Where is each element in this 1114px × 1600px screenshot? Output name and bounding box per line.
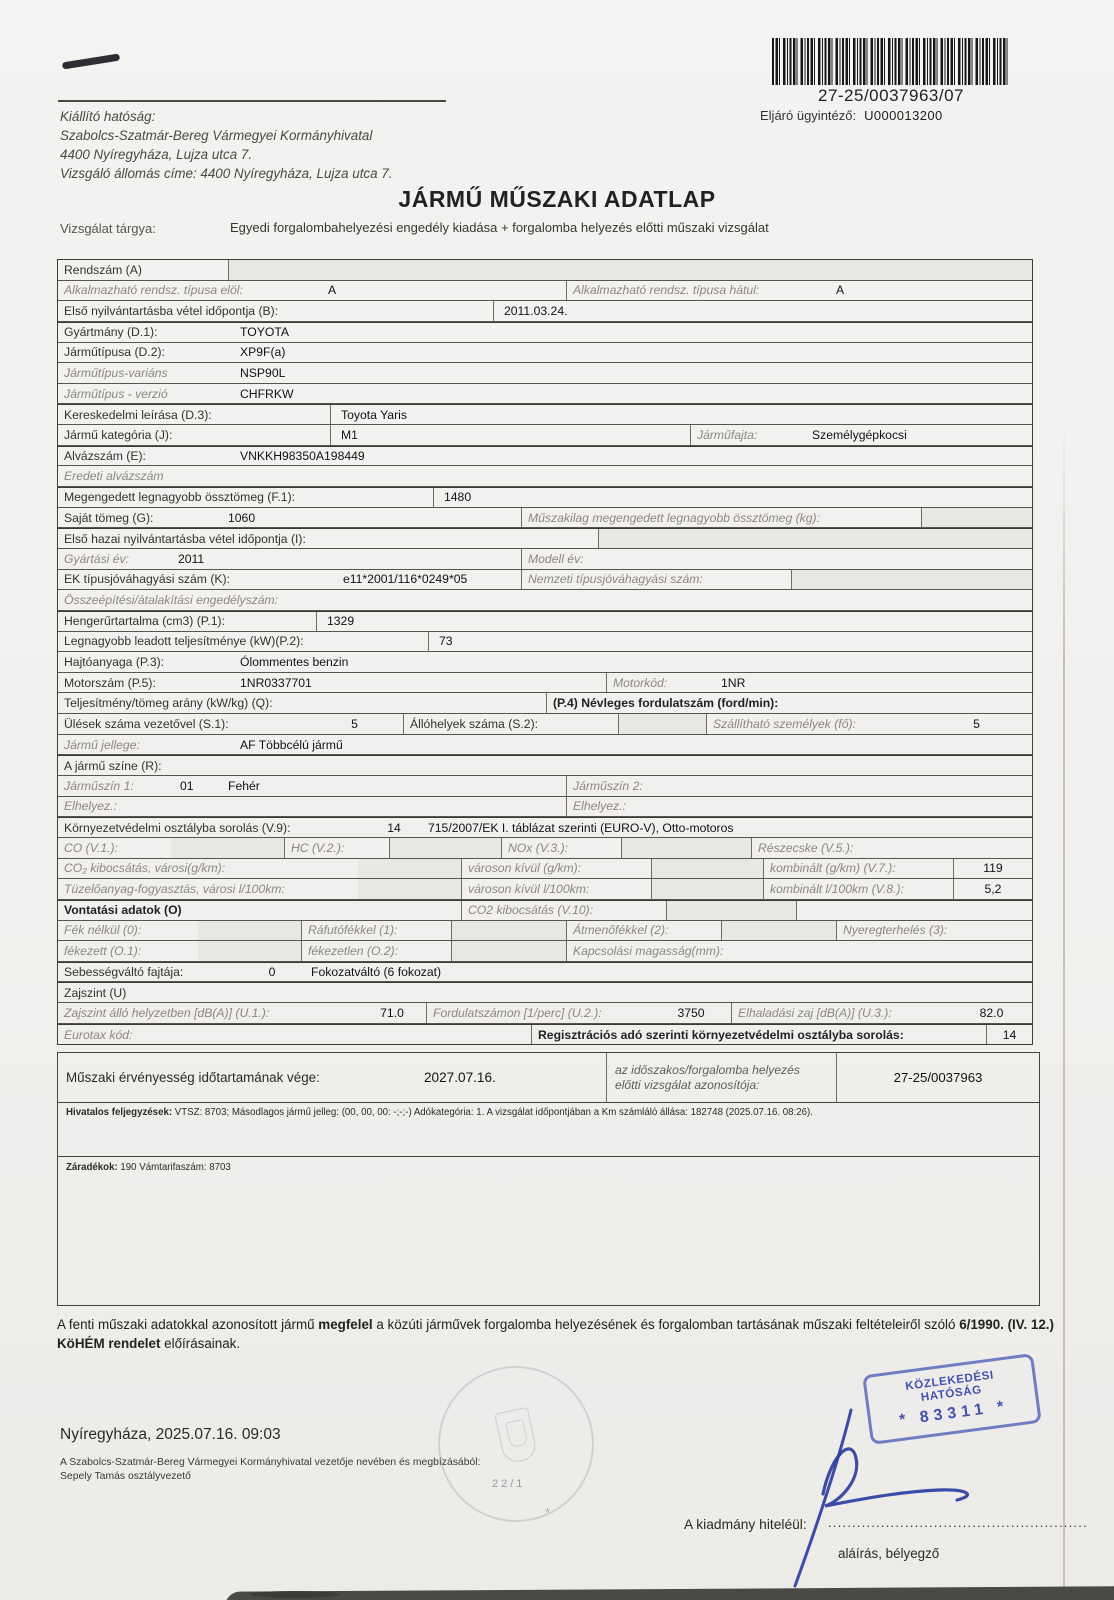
table-cell: 119 <box>953 859 1032 879</box>
table-cell: Fordulatszámon [1/perc] (U.2.): <box>426 1003 651 1023</box>
case-officer-value: U000013200 <box>864 108 942 123</box>
inspection-id-value: 27-25/0037963 <box>836 1053 1039 1102</box>
table-row: Saját tömeg (G):1060Műszakilag megengede… <box>58 508 1032 529</box>
table-cell-empty <box>228 260 1032 280</box>
round-stamp-star: * <box>545 1505 550 1520</box>
compliance-text-segment: megfelel <box>318 1317 372 1332</box>
table-cell-empty <box>721 921 836 941</box>
table-cell: Fék nélkül (0): <box>58 921 198 941</box>
barcode-image <box>772 38 1010 85</box>
table-cell: 5 <box>921 714 1032 734</box>
table-cell: Alkalmazható rendsz. típusa elöl: <box>58 281 318 301</box>
subject-value: Egyedi forgalombahelyezési engedély kiad… <box>230 220 769 235</box>
table-row: Fék nélkül (0):Ráfutófékkel (1):Átmenőfé… <box>58 921 1032 942</box>
case-officer-line: Eljáró ügyintéző:U000013200 <box>760 108 943 123</box>
table-cell: Zajszint álló helyzetben [dB(A)] (U.1.): <box>58 1003 358 1023</box>
table-row: fékezett (O.1):fékezetlen (O.2):Kapcsolá… <box>58 941 1032 962</box>
table-cell: 2011 <box>168 549 521 569</box>
table-cell: Járműszín 1: <box>58 776 170 796</box>
table-cell: CO₂ kibocsátás, városi(g/km): <box>58 859 358 879</box>
table-cell: 5,2 <box>953 879 1032 899</box>
pen-mark <box>62 54 120 70</box>
table-cell-empty <box>358 879 461 899</box>
table-row: Vontatási adatok (O)CO2 kibocsátás (V.10… <box>58 900 1032 921</box>
table-cell: Járműtípusa (D.2): <box>58 343 230 363</box>
table-cell-empty <box>796 901 1032 920</box>
station-address: Vizsgáló állomás címe: 4400 Nyíregyháza,… <box>60 164 392 183</box>
table-cell: 715/2007/EK I. táblázat szerinti (EURO-V… <box>418 818 1032 837</box>
table-cell: Zajszint (U) <box>58 983 1032 1002</box>
on-behalf-block: A Szabolcs-Szatmár-Bereg Vármegyei Kormá… <box>60 1456 480 1484</box>
table-cell: Toyota Yaris <box>330 405 1032 424</box>
table-cell: Járműtípus-variáns <box>58 363 230 383</box>
table-cell: Műszakilag megengedett legnagyobb össztö… <box>521 508 921 528</box>
table-row: Hengerűrtartalma (cm3) (P.1):1329 <box>58 611 1032 632</box>
table-cell: Fokozatváltó (6 fokozat) <box>301 963 1032 982</box>
table-cell: Részecske (V.5.): <box>751 838 1032 858</box>
table-row: Rendszám (A) <box>58 260 1032 281</box>
table-row: Járműszín 1:01FehérJárműszín 2: <box>58 776 1032 797</box>
table-cell: 14 <box>370 818 418 837</box>
table-cell: Alkalmazható rendsz. típusa hátul: <box>566 281 826 301</box>
table-cell: Kapcsolási magasság(mm): <box>566 941 836 961</box>
table-row: Első nyilvántartásba vétel időpontja (B)… <box>58 301 1032 322</box>
clauses-text: 190 Vámtarifaszám: 8703 <box>118 1162 231 1173</box>
issuer-name: Szabolcs-Szatmár-Bereg Vármegyei Kormány… <box>60 126 392 145</box>
round-stamp-number: 22/1 <box>492 1478 525 1490</box>
table-cell: CO2 kibocsátás (V.10): <box>461 901 666 920</box>
table-cell: CHFRKW <box>230 384 1032 404</box>
table-cell-empty <box>389 838 501 858</box>
table-cell: Ráfutófékkel (1): <box>301 921 451 941</box>
validity-label: Műszaki érvényesség időtartamának vége: <box>58 1053 416 1102</box>
table-row: Zajszint álló helyzetben [dB(A)] (U.1.):… <box>58 1003 1032 1024</box>
table-cell: kombinált l/100km (V.8.): <box>763 879 953 899</box>
table-cell: Modell év: <box>521 549 1032 569</box>
table-row: Alkalmazható rendsz. típusa elöl:AAlkalm… <box>58 281 1032 302</box>
table-row: Tüzelőanyag-fogyasztás, városi l/100km:v… <box>58 879 1032 900</box>
table-cell-empty <box>666 901 796 920</box>
table-cell: (P.4) Névleges fordulatszám (ford/min): <box>546 693 1032 713</box>
table-row: Gyártmány (D.1):TOYOTA <box>58 322 1032 343</box>
table-cell: Első nyilvántartásba vétel időpontja (B)… <box>58 301 493 321</box>
table-cell: XP9F(a) <box>230 343 1032 363</box>
table-cell: 1480 <box>433 488 1032 507</box>
table-cell: Motorkód: <box>606 673 711 693</box>
table-cell: Jármű jellege: <box>58 735 230 755</box>
vehicle-data-table: Rendszám (A)Alkalmazható rendsz. típusa … <box>57 259 1033 1045</box>
table-cell: Rendszám (A) <box>58 260 228 280</box>
table-row: Kereskedelmi leírása (D.3):Toyota Yaris <box>58 404 1032 425</box>
table-cell: Szállítható személyek (fő): <box>706 714 921 734</box>
table-row: Motorszám (P.5):1NR0337701Motorkód:1NR <box>58 673 1032 694</box>
table-cell-empty <box>618 714 706 734</box>
table-cell: Gyártási év: <box>58 549 168 569</box>
table-cell: Első hazai nyilvántartásba vétel időpont… <box>58 529 598 548</box>
validity-date: 2027.07.16. <box>416 1053 606 1102</box>
table-cell-empty <box>651 859 763 879</box>
signer-name: Sepely Tamás osztályvezető <box>60 1470 480 1484</box>
table-cell: Ólommentes benzin <box>230 652 1032 672</box>
coat-of-arms-icon <box>494 1407 538 1465</box>
table-cell: Fehér <box>218 776 566 796</box>
table-cell: Megengedett legnagyobb össztömeg (F.1): <box>58 488 433 507</box>
table-cell: kombinált (g/km) (V.7.): <box>763 859 953 879</box>
table-cell: VNKKH98350A198449 <box>230 447 1032 466</box>
issuer-label: Kiállító hatóság: <box>60 107 392 126</box>
table-cell-empty <box>621 838 751 858</box>
table-cell: 71.0 <box>358 1003 426 1023</box>
table-cell: városon kívül l/100km: <box>461 879 651 899</box>
table-row: Járműtípus-variánsNSP90L <box>58 363 1032 384</box>
table-cell: A jármű színe (R): <box>58 756 1032 775</box>
table-cell: 01 <box>170 776 218 796</box>
table-row: Eredeti alvázszám <box>58 466 1032 487</box>
table-cell: TOYOTA <box>230 323 1032 342</box>
official-notes-text: VTSZ: 8703; Másodlagos jármű jelleg: (00… <box>172 1107 813 1118</box>
table-cell: Sebességváltó fajtája: <box>58 963 243 982</box>
table-cell-empty <box>198 921 301 941</box>
table-cell-empty <box>651 879 763 899</box>
table-cell: NOx (V.3.): <box>501 838 621 858</box>
city-date: Nyíregyháza, 2025.07.16. 09:03 <box>60 1426 281 1444</box>
table-cell: Ülések száma vezetővel (S.1): <box>58 714 306 734</box>
table-cell: 0 <box>243 963 301 982</box>
table-cell: Hajtóanyaga (P.3): <box>58 652 230 672</box>
table-row: Sebességváltó fajtája:0Fokozatváltó (6 f… <box>58 962 1032 983</box>
table-cell: Regisztrációs adó szerinti környezetvéde… <box>531 1025 986 1045</box>
case-officer-label: Eljáró ügyintéző: <box>760 108 856 123</box>
compliance-text-segment: A fenti műszaki adatokkal azonosított já… <box>57 1317 318 1332</box>
signature-ink <box>655 1400 1055 1595</box>
table-cell: Járműfajta: <box>690 425 802 445</box>
table-cell: A <box>318 281 566 301</box>
table-cell: fékezett (O.1): <box>58 941 198 961</box>
table-cell: 1060 <box>218 508 521 528</box>
validity-row: Műszaki érvényesség időtartamának vége: … <box>58 1053 1039 1103</box>
table-cell: 1NR <box>711 673 1032 693</box>
issuer-block: Kiállító hatóság: Szabolcs-Szatmár-Bereg… <box>60 107 392 183</box>
table-row: Eurotax kód:Regisztrációs adó szerinti k… <box>58 1024 1032 1045</box>
table-cell: Járműtípus - verzió <box>58 384 230 404</box>
compliance-paragraph: A fenti műszaki adatokkal azonosított já… <box>57 1316 1054 1354</box>
table-cell-empty <box>198 941 301 961</box>
table-cell: EK típusjóváhagyási szám (K): <box>58 570 333 590</box>
signature-caption: aláírás, bélyegző <box>838 1546 939 1561</box>
table-row: A jármű színe (R): <box>58 755 1032 776</box>
table-cell: Motorszám (P.5): <box>58 673 230 693</box>
table-cell: 73 <box>428 632 1032 652</box>
subject-label: Vizsgálat tárgya: <box>60 221 156 236</box>
table-row: Gyártási év:2011Modell év: <box>58 549 1032 570</box>
table-row: Első hazai nyilvántartásba vétel időpont… <box>58 528 1032 549</box>
table-row: CO (V.1.):HC (V.2.):NOx (V.3.):Részecske… <box>58 838 1032 859</box>
table-cell: e11*2001/116*0249*05 <box>333 570 521 590</box>
table-cell: Állóhelyek száma (S.2): <box>403 714 618 734</box>
table-cell: AF Többcélú jármű <box>230 735 1032 755</box>
table-row: Járműtípus - verzióCHFRKW <box>58 384 1032 405</box>
table-cell-empty <box>358 859 461 879</box>
table-cell-empty <box>791 570 1032 590</box>
compliance-text-segment: a közúti járművek forgalomba helyezéséne… <box>373 1317 960 1332</box>
table-cell: Legnagyobb leadott teljesítménye (kW)(P.… <box>58 632 428 652</box>
table-cell-empty <box>836 941 1032 961</box>
table-cell: Nemzeti típusjóváhagyási szám: <box>521 570 791 590</box>
table-cell: Eredeti alvázszám <box>58 466 1032 486</box>
table-cell: Összeépítési/átalakítási engedélyszám: <box>58 590 1032 610</box>
table-cell: A <box>826 281 1032 301</box>
table-cell: fékezetlen (O.2): <box>301 941 451 961</box>
table-cell: Alvázszám (E): <box>58 447 230 466</box>
table-cell: Elhaladási zaj [dB(A)] (U.3.): <box>731 1003 951 1023</box>
table-row: Jármű jellege:AF Többcélú jármű <box>58 735 1032 756</box>
table-cell-empty <box>171 838 284 858</box>
table-cell: Gyártmány (D.1): <box>58 323 230 342</box>
table-row: Ülések száma vezetővel (S.1):5Állóhelyek… <box>58 714 1032 735</box>
table-cell: Tüzelőanyag-fogyasztás, városi l/100km: <box>58 879 358 899</box>
table-row: Összeépítési/átalakítási engedélyszám: <box>58 590 1032 611</box>
table-cell: Kereskedelmi leírása (D.3): <box>58 405 330 424</box>
table-cell-empty <box>921 508 1032 528</box>
compliance-text-segment: előírásainak. <box>160 1336 240 1351</box>
table-cell: Teljesítmény/tömeg arány (kW/kg) (Q): <box>58 693 546 713</box>
table-row: Teljesítmény/tömeg arány (kW/kg) (Q):(P.… <box>58 693 1032 714</box>
table-cell: Járműszín 2: <box>566 776 1032 796</box>
clauses: Záradékok: 190 Vámtarifaszám: 8703 <box>58 1157 1039 1173</box>
table-cell: M1 <box>330 425 690 445</box>
table-row: Alvázszám (E):VNKKH98350A198449 <box>58 446 1032 467</box>
table-cell: 2011.03.24. <box>493 301 1032 321</box>
table-cell: Átmenőfékkel (2): <box>566 921 721 941</box>
table-cell: 14 <box>986 1025 1032 1045</box>
table-row: Környezetvédelmi osztályba sorolás (V.9)… <box>58 817 1032 838</box>
on-behalf-line: A Szabolcs-Szatmár-Bereg Vármegyei Kormá… <box>60 1456 480 1470</box>
header-rule <box>58 100 446 102</box>
table-row: Jármű kategória (J):M1Járműfajta:Személy… <box>58 425 1032 446</box>
paper-edge-shadow <box>1063 420 1065 1600</box>
table-cell: Eurotax kód: <box>58 1025 531 1045</box>
table-cell: Vontatási adatok (O) <box>58 901 461 920</box>
table-row: Zajszint (U) <box>58 982 1032 1003</box>
table-cell-empty <box>451 941 566 961</box>
table-cell: CO (V.1.): <box>58 838 171 858</box>
signature-dotted-line: ........................................… <box>828 1515 1088 1530</box>
table-cell: 1NR0337701 <box>230 673 606 693</box>
table-cell: 3750 <box>651 1003 731 1023</box>
official-notes: Hivatalos feljegyzések: VTSZ: 8703; Máso… <box>58 1103 1039 1118</box>
issuer-address: 4400 Nyíregyháza, Lujza utca 7. <box>60 145 392 164</box>
table-cell: 82.0 <box>951 1003 1032 1023</box>
table-cell: Jármű kategória (J): <box>58 425 330 445</box>
attestation-label: A kiadmány hiteléül: <box>684 1517 807 1532</box>
table-cell: NSP90L <box>230 363 1032 383</box>
table-row: Legnagyobb leadott teljesítménye (kW)(P.… <box>58 632 1032 653</box>
table-cell-empty <box>451 921 566 941</box>
table-row: Járműtípusa (D.2):XP9F(a) <box>58 343 1032 364</box>
table-cell: Környezetvédelmi osztályba sorolás (V.9)… <box>58 818 370 837</box>
table-cell: Elhelyez.: <box>566 797 1032 817</box>
table-row: CO₂ kibocsátás, városi(g/km):városon kív… <box>58 859 1032 880</box>
table-row: Megengedett legnagyobb össztömeg (F.1):1… <box>58 487 1032 508</box>
table-row: Hajtóanyaga (P.3):Ólommentes benzin <box>58 652 1032 673</box>
table-cell-empty <box>598 529 1032 548</box>
inspection-id-label: az időszakos/forgalomba helyezés előtti … <box>606 1053 836 1102</box>
table-cell: 5 <box>306 714 403 734</box>
scan-bottom-blob <box>250 1591 340 1598</box>
table-cell: városon kívül (g/km): <box>461 859 651 879</box>
table-cell: HC (V.2.): <box>284 838 389 858</box>
table-cell: Hengerűrtartalma (cm3) (P.1): <box>58 612 316 631</box>
official-notes-label: Hivatalos feljegyzések: <box>66 1107 172 1118</box>
validity-box: Műszaki érvényesség időtartamának vége: … <box>57 1052 1040 1306</box>
barcode-number: 27-25/0037963/07 <box>772 86 1010 106</box>
round-stamp-faint <box>423 1351 608 1536</box>
table-cell: 1329 <box>316 612 1032 631</box>
table-row: EK típusjóváhagyási szám (K):e11*2001/11… <box>58 570 1032 591</box>
clauses-label: Záradékok: <box>66 1162 118 1173</box>
page-title: JÁRMŰ MŰSZAKI ADATLAP <box>0 186 1114 213</box>
table-cell: Személygépkocsi <box>802 425 1032 445</box>
table-cell: Saját tömeg (G): <box>58 508 218 528</box>
table-cell: Elhelyez.: <box>58 797 566 817</box>
table-cell: Nyeregterhelés (3): <box>836 921 1032 941</box>
table-row: Elhelyez.:Elhelyez.: <box>58 797 1032 818</box>
